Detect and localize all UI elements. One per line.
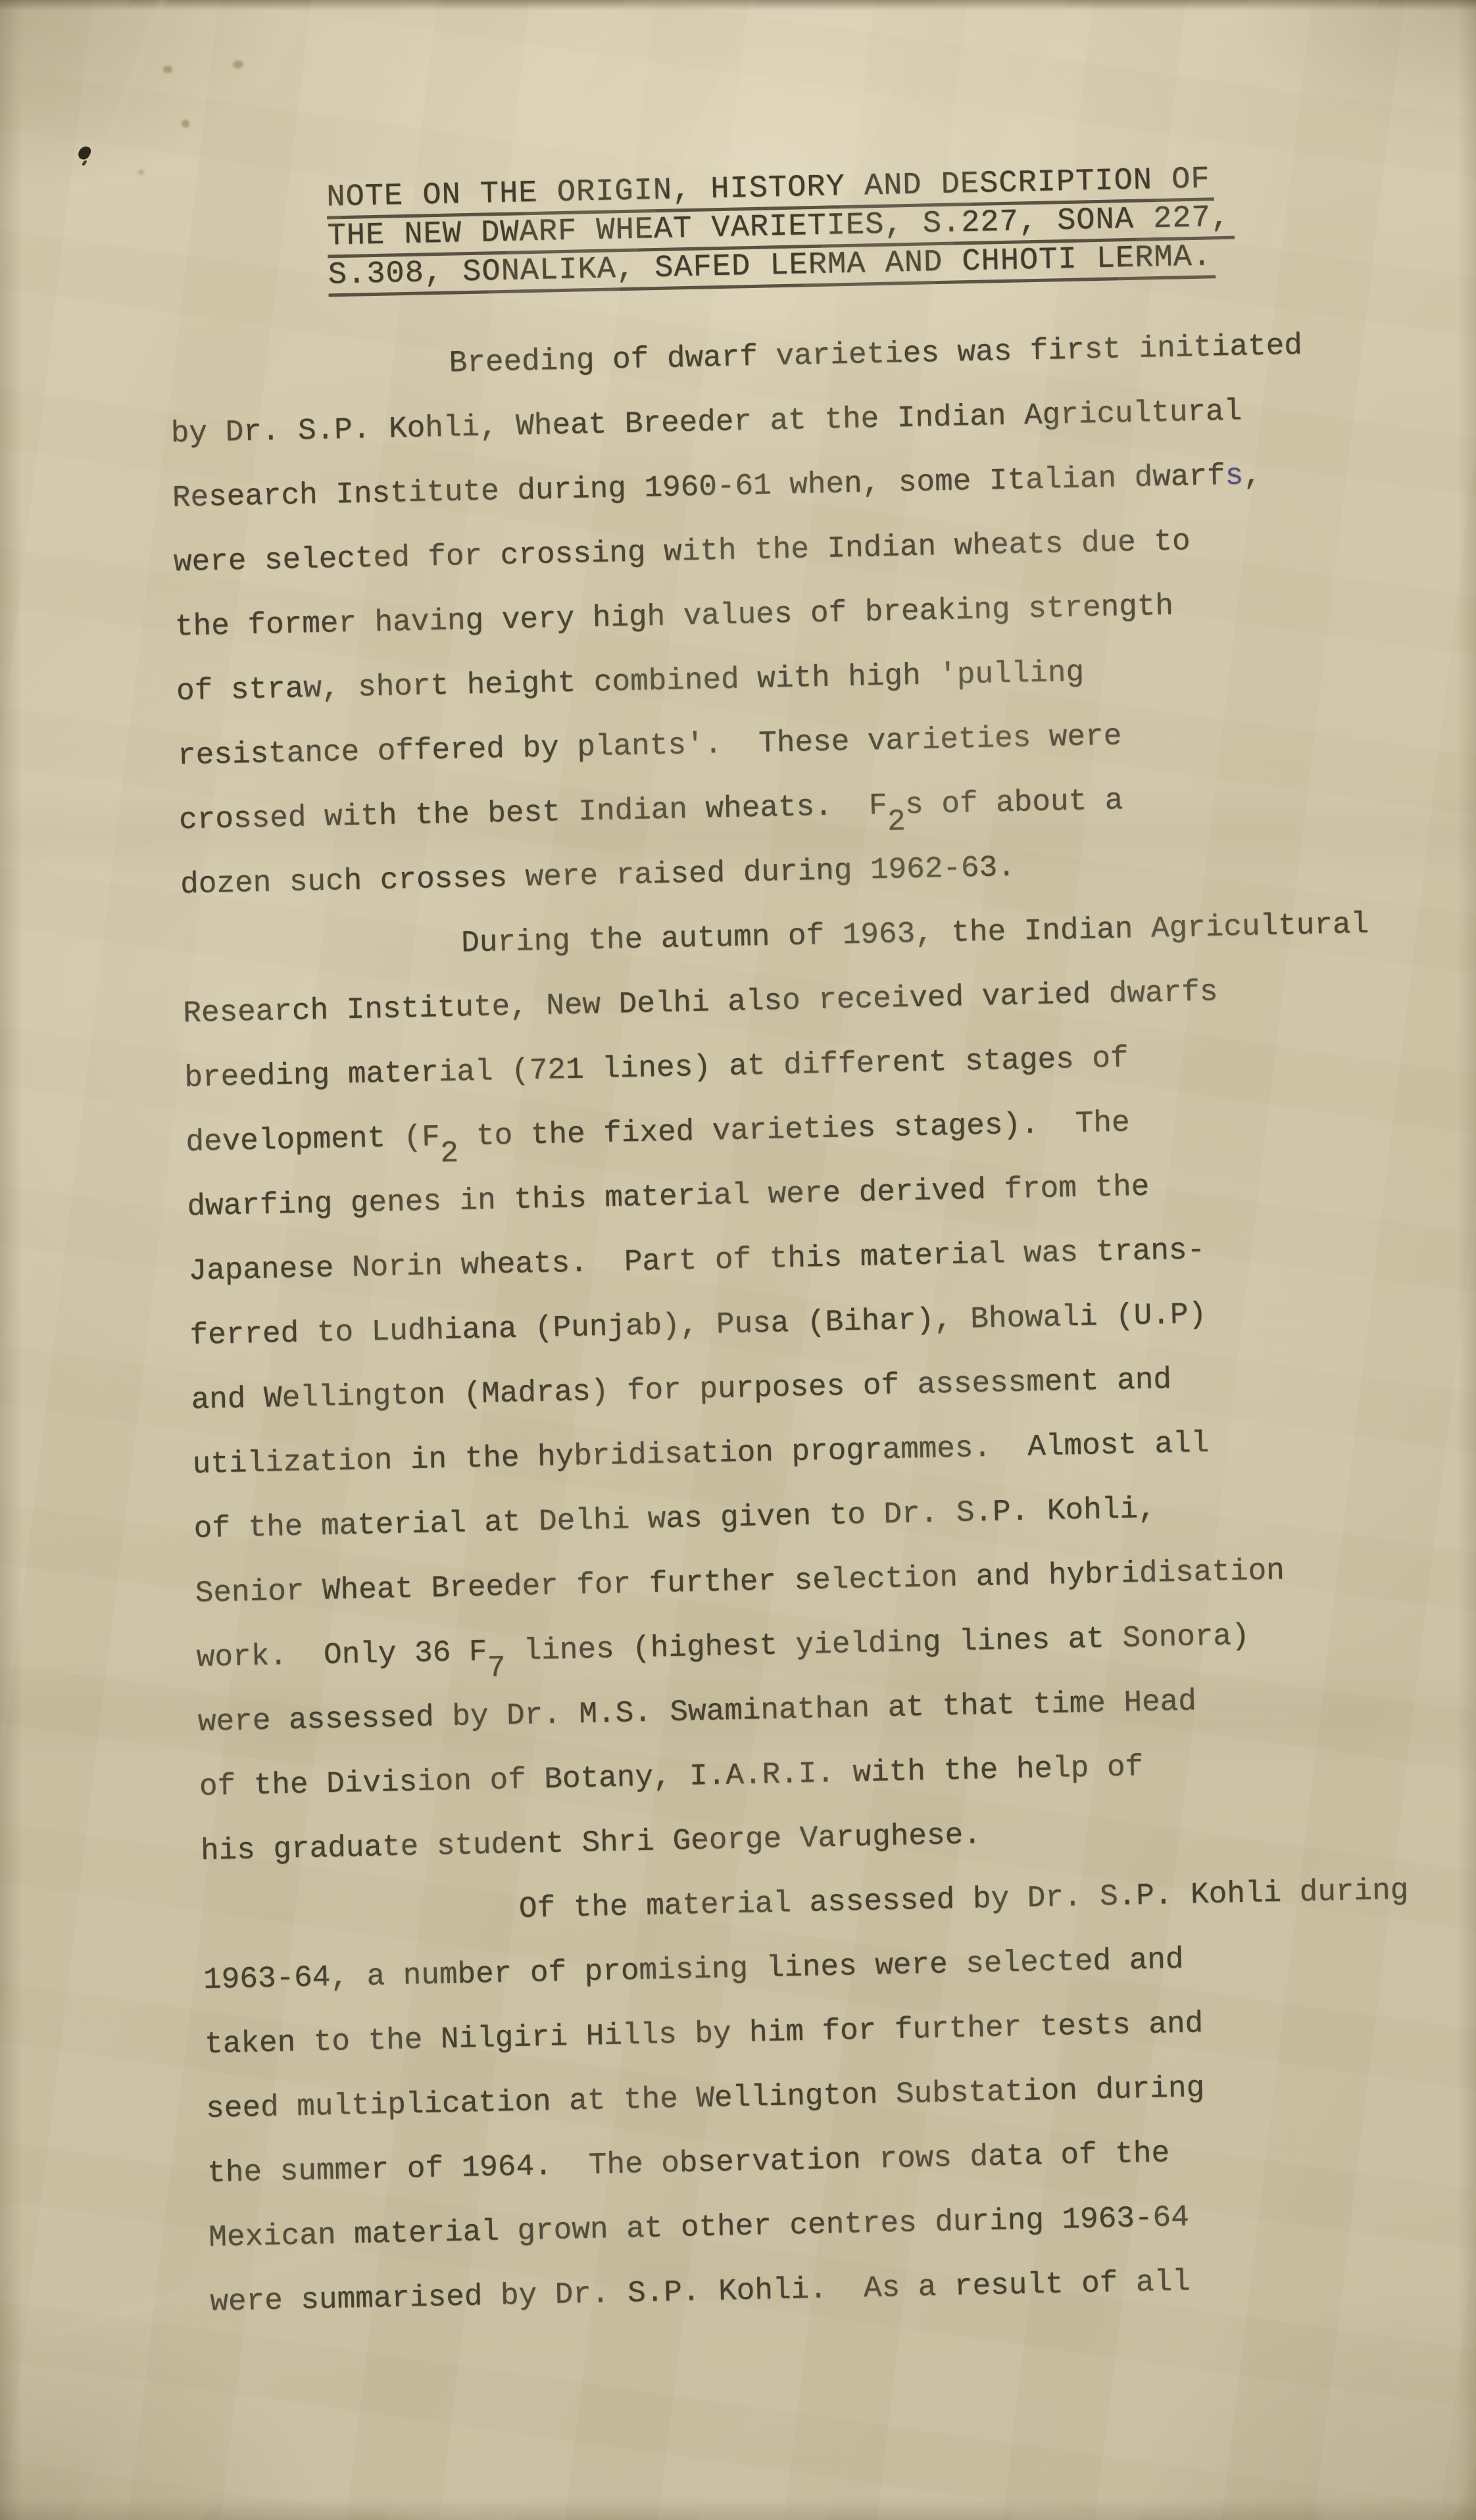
body-line-segment: s of about a bbox=[905, 783, 1123, 822]
overstruck-correction-character: s bbox=[1225, 458, 1244, 493]
body-line-segment: development (F bbox=[185, 1120, 440, 1159]
subscript-generation-number: 7 bbox=[487, 1636, 506, 1701]
body-line-segment: work. Only 36 F bbox=[196, 1635, 487, 1675]
body-line-segment: , bbox=[1243, 458, 1262, 493]
typed-text-block: NOTE ON THE ORIGIN, HISTORY AND DESCRIPT… bbox=[0, 0, 1476, 2520]
body-line-segment: to the fixed varieties stages). The bbox=[458, 1105, 1130, 1153]
scanned-page: NOTE ON THE ORIGIN, HISTORY AND DESCRIPT… bbox=[0, 0, 1476, 2520]
body-line-segment: lines (highest yielding lines at Sonora) bbox=[505, 1619, 1250, 1669]
subscript-generation-number: 2 bbox=[439, 1121, 459, 1186]
page-body: Breeding of dwarf varieties was first in… bbox=[169, 312, 1417, 2335]
page-title: NOTE ON THE ORIGIN, HISTORY AND DESCRIPT… bbox=[326, 164, 1235, 299]
subscript-generation-number: 2 bbox=[887, 789, 906, 854]
body-line-segment: crossed with the best Indian wheats. F bbox=[179, 788, 887, 838]
body-line-segment: Research Institute during 1960-61 when, … bbox=[172, 459, 1225, 516]
